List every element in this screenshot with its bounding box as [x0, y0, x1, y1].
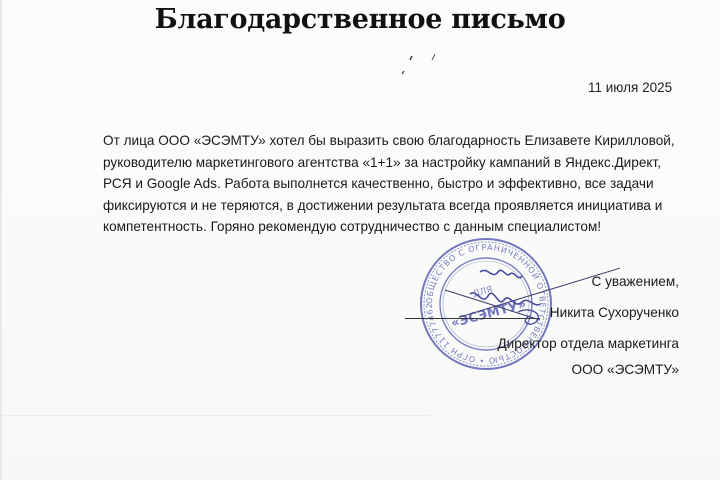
body-line: руководителю маркетингового агентства «1… [103, 152, 643, 174]
signatory-name: Никита Сухорученко [550, 305, 679, 320]
scan-artifact-line [0, 415, 430, 416]
letter-date: 11 июля 2025 [588, 80, 672, 95]
letter-body: От лица ООО «ЭСЭМТУ» хотел бы выразить с… [103, 130, 643, 238]
body-line: компетентность. Горяно рекомендую сотруд… [103, 216, 643, 238]
body-line: От лица ООО «ЭСЭМТУ» хотел бы выразить с… [103, 130, 643, 152]
letter-page: Благодарственное письмо 11 июля 2025 От … [0, 0, 720, 480]
scan-edge [0, 0, 2, 480]
signatory-position: Директор отдела маркетинга [497, 336, 679, 351]
body-line: РСЯ и Google Ads. Работа выполнется каче… [103, 173, 643, 195]
signatory-company: ООО «ЭСЭМТУ» [572, 362, 679, 377]
letter-title: Благодарственное письмо [0, 4, 720, 35]
ink-specks-icon [396, 46, 446, 76]
body-line: фиксируются и не теряются, в достижении … [103, 195, 643, 217]
closing-regards: С уважением, [592, 274, 679, 289]
